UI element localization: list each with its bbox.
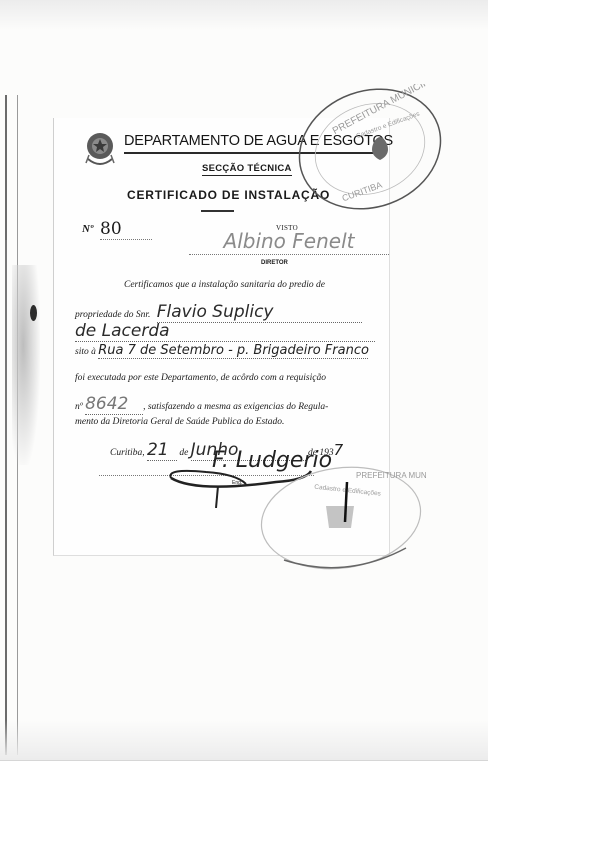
municipal-stamp-bottom: PREFEITURA MUNICIPAL Cadastro e Edificaç… bbox=[256, 462, 426, 574]
location-label: sito à bbox=[75, 347, 96, 357]
owner-name-cont: de Lacerda bbox=[75, 321, 375, 342]
requisition-number: 8642 bbox=[85, 394, 143, 415]
engineer-label: Eng.º bbox=[232, 480, 244, 486]
director-signature: Albino Fenelt bbox=[189, 229, 389, 255]
requisition-label: nº bbox=[75, 402, 83, 412]
body-line-7: mento da Diretoria Geral de Saúde Public… bbox=[75, 417, 284, 427]
date-de: de bbox=[179, 448, 188, 458]
city-label: Curitiba, bbox=[110, 448, 145, 458]
owner-name: Flavio Suplicy bbox=[157, 302, 362, 323]
ink-stain bbox=[30, 305, 37, 321]
body-line-4: sito à Rua 7 de Setembro - p. Brigadeiro… bbox=[75, 343, 368, 359]
date-day: 21 bbox=[147, 440, 177, 461]
body-line-2: propriedade do Snr. Flavio Suplicy bbox=[75, 302, 362, 323]
number-label: Nº bbox=[82, 223, 93, 235]
owner-label: propriedade do Snr. bbox=[75, 310, 150, 320]
location-value: Rua 7 de Setembro - p. Brigadeiro Franco bbox=[98, 343, 368, 359]
coat-of-arms-icon bbox=[83, 131, 117, 169]
director-label: DIRETOR bbox=[261, 260, 288, 266]
requisition-text: , satisfazendo a mesma as exigencias do … bbox=[143, 402, 328, 412]
body-line-1: Certificamos que a instalação sanitaria … bbox=[124, 280, 325, 290]
water-stain bbox=[12, 265, 40, 465]
body-line-3: de Lacerda bbox=[75, 321, 375, 342]
section-label: SECÇÃO TÉCNICA bbox=[202, 163, 292, 176]
svg-text:PREFEITURA MUNICIPAL: PREFEITURA MUNICIPAL bbox=[356, 471, 426, 480]
binding-edge-inner bbox=[1, 240, 7, 500]
certificate-number: 80 bbox=[100, 219, 152, 240]
body-line-5: foi executada por este Departamento, de … bbox=[75, 373, 326, 383]
municipal-stamp-top: PREFEITURA MUNICIPAL Cadastro e Edificaç… bbox=[294, 84, 446, 214]
body-line-6: nº 8642, satisfazendo a mesma as exigenc… bbox=[75, 394, 328, 415]
date-year-suffix: 7 bbox=[334, 441, 344, 459]
paper-sheet: DEPARTAMENTO DE AGUA E ESGOTOS SECÇÃO TÉ… bbox=[0, 0, 488, 761]
title-underline bbox=[201, 210, 234, 212]
svg-text:CURITIBA: CURITIBA bbox=[341, 180, 384, 204]
